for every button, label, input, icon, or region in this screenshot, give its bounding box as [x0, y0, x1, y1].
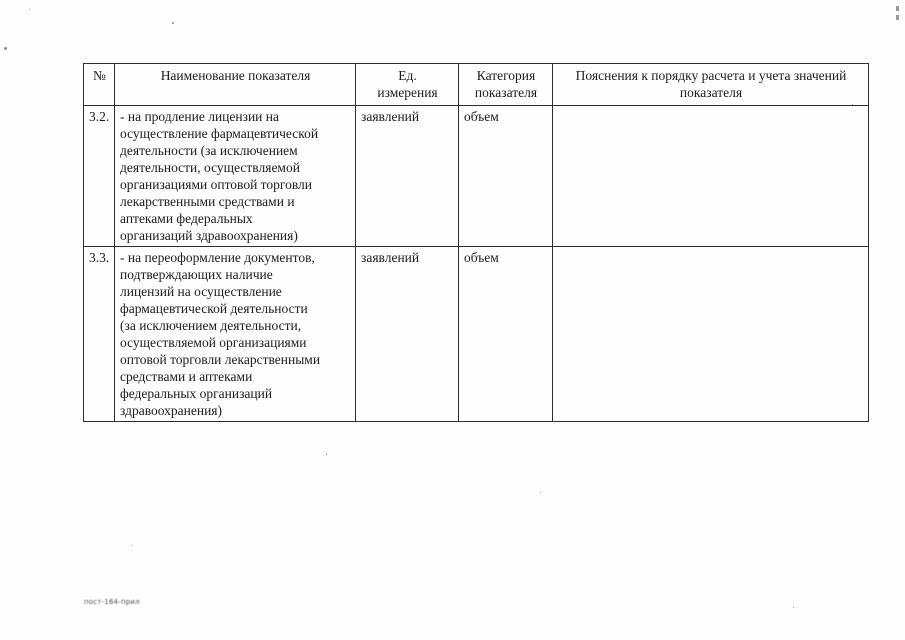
cell-unit: заявлений: [356, 106, 459, 247]
cell-category: объем: [459, 106, 553, 247]
cell-explanation: [553, 106, 869, 247]
scan-corner-mark: [896, 6, 899, 11]
scan-corner-mark: [896, 15, 899, 20]
indicators-table: № Наименование показателя Ед. измерения …: [83, 63, 869, 422]
cell-indicator-name: - на переоформление документов, подтверж…: [115, 247, 356, 422]
scan-speck: [793, 607, 794, 608]
scan-speck: [852, 104, 853, 105]
cell-row-number: 3.3.: [84, 247, 115, 422]
cell-row-number: 3.2.: [84, 106, 115, 247]
footer-file-note: пост-164-прил: [84, 598, 140, 606]
cell-indicator-name: - на продление лицензии на осуществление…: [115, 106, 356, 247]
cell-unit: заявлений: [356, 247, 459, 422]
scan-speck: [326, 453, 327, 455]
table-row: 3.3. - на переоформление документов, под…: [84, 247, 869, 422]
header-cell-number: №: [84, 64, 115, 106]
header-cell-indicator-name: Наименование показателя: [115, 64, 356, 106]
table-header-row: № Наименование показателя Ед. измерения …: [84, 64, 869, 106]
scan-speck: [131, 545, 132, 546]
scanned-document-page: № Наименование показателя Ед. измерения …: [0, 0, 905, 640]
table-row: 3.2. - на продление лицензии на осуществ…: [84, 106, 869, 247]
cell-explanation: [553, 247, 869, 422]
header-cell-unit: Ед. измерения: [356, 64, 459, 106]
header-cell-category: Категория показателя: [459, 64, 553, 106]
scan-speck: [172, 22, 174, 24]
cell-category: объем: [459, 247, 553, 422]
header-cell-explanations: Пояснения к порядку расчета и учета знач…: [553, 64, 869, 106]
scan-speck: [4, 47, 7, 50]
scan-speck: [540, 492, 541, 493]
scan-speck: [29, 9, 30, 10]
